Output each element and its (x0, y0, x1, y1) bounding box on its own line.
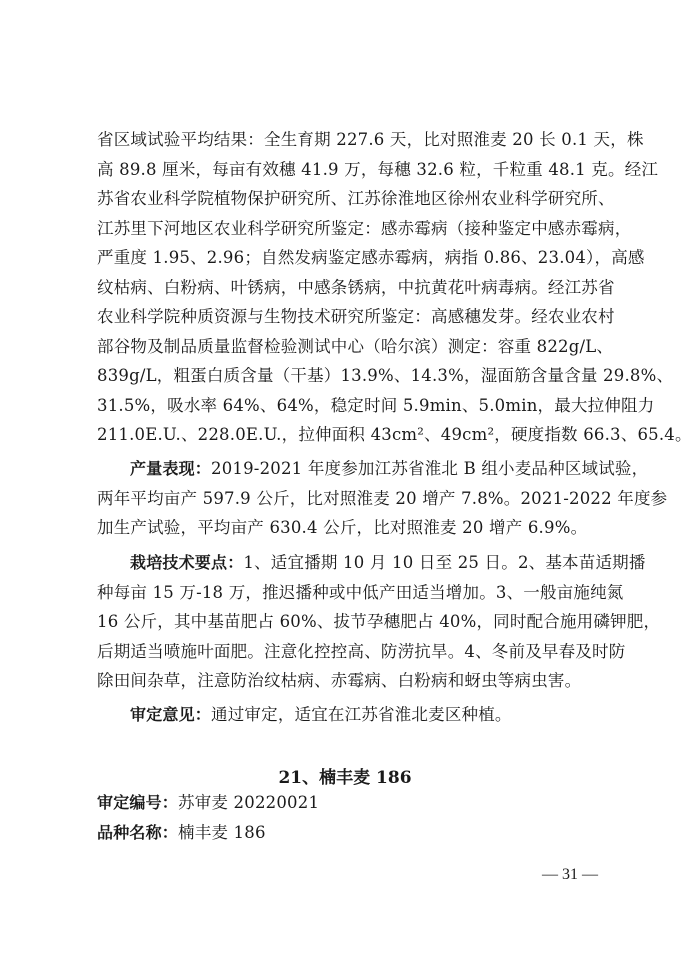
paragraph-line: 839g/L，粗蛋白质含量（干基）13.9%、14.3%，湿面筋含量含量 29.… (97, 366, 593, 386)
opinion-label: 审定意见： (130, 705, 211, 724)
paragraph-line: 省区域试验平均结果：全生育期 227.6 天，比对照淮麦 20 长 0.1 天，… (97, 130, 593, 150)
paragraph-line: 除田间杂草，注意防治纹枯病、赤霉病、白粉病和蚜虫等病虫害。 (97, 671, 593, 691)
cultivation-label: 栽培技术要点： (130, 553, 243, 572)
paragraph-line: 211.0E.U.、228.0E.U.，拉伸面积 43cm²、49cm²，硬度指… (97, 425, 593, 445)
page-number: — 31 — (542, 866, 598, 884)
variety-name-label: 品种名称： (97, 823, 178, 842)
paragraph-line: 31.5%，吸水率 64%、64%，稳定时间 5.9min、5.0min，最大拉… (97, 396, 593, 416)
cultivation-paragraph-first-line: 栽培技术要点：1、适宜播期 10 月 10 日至 25 日。2、基本苗适期播 (130, 553, 593, 573)
approval-number-row: 审定编号：苏审麦 20220021 (97, 793, 593, 813)
paragraph-line: 严重度 1.95、2.96；自然发病鉴定感赤霉病，病指 0.86、23.04），… (97, 248, 593, 268)
yield-paragraph-first-line: 产量表现：2019-2021 年度参加江苏省淮北 B 组小麦品种区域试验， (130, 459, 593, 479)
paragraph-line: 高 89.8 厘米，每亩有效穗 41.9 万，每穗 32.6 粒，千粒重 48.… (97, 160, 593, 180)
opinion-text: 通过审定，适宜在江苏省淮北麦区种植。 (211, 705, 512, 724)
variety-name-row: 品种名称：楠丰麦 186 (97, 823, 593, 843)
paragraph-line: 16 公斤，其中基苗肥占 60%、拔节孕穗肥占 40%，同时配合施用磷钾肥， (97, 612, 593, 632)
paragraph-line: 种每亩 15 万-18 万，推迟播种或中低产田适当增加。3、一般亩施纯氮 (97, 583, 593, 603)
paragraph-line: 农业科学院种质资源与生物技术研究所鉴定：高感穗发芽。经农业农村 (97, 307, 593, 327)
paragraph-line: 后期适当喷施叶面肥。注意化控控高、防涝抗旱。4、冬前及早春及时防 (97, 642, 593, 662)
paragraph-line: 两年平均亩产 597.9 公斤，比对照淮麦 20 增产 7.8%。2021-20… (97, 489, 593, 509)
variety-name-value: 楠丰麦 186 (178, 823, 266, 842)
cultivation-text: 1、适宜播期 10 月 10 日至 25 日。2、基本苗适期播 (243, 553, 645, 572)
yield-text: 2019-2021 年度参加江苏省淮北 B 组小麦品种区域试验， (211, 459, 648, 478)
approval-number-value: 苏审麦 20220021 (178, 793, 319, 812)
paragraph-line: 江苏里下河地区农业科学研究所鉴定：感赤霉病（接种鉴定中感赤霉病， (97, 219, 593, 239)
paragraph-line: 加生产试验，平均亩产 630.4 公斤，比对照淮麦 20 增产 6.9%。 (97, 518, 593, 538)
paragraph-line: 部谷物及制品质量监督检验测试中心（哈尔滨）测定：容重 822g/L、 (97, 337, 593, 357)
section-heading: 21、楠丰麦 186 (0, 763, 690, 788)
paragraph-line: 纹枯病、白粉病、叶锈病，中感条锈病，中抗黄花叶病毒病。经江苏省 (97, 278, 593, 298)
yield-label: 产量表现： (130, 459, 211, 478)
approval-number-label: 审定编号： (97, 793, 178, 812)
opinion-paragraph: 审定意见：通过审定，适宜在江苏省淮北麦区种植。 (130, 705, 593, 725)
document-page: 省区域试验平均结果：全生育期 227.6 天，比对照淮麦 20 长 0.1 天，… (0, 0, 690, 975)
paragraph-line: 苏省农业科学院植物保护研究所、江苏徐淮地区徐州农业科学研究所、 (97, 189, 593, 209)
